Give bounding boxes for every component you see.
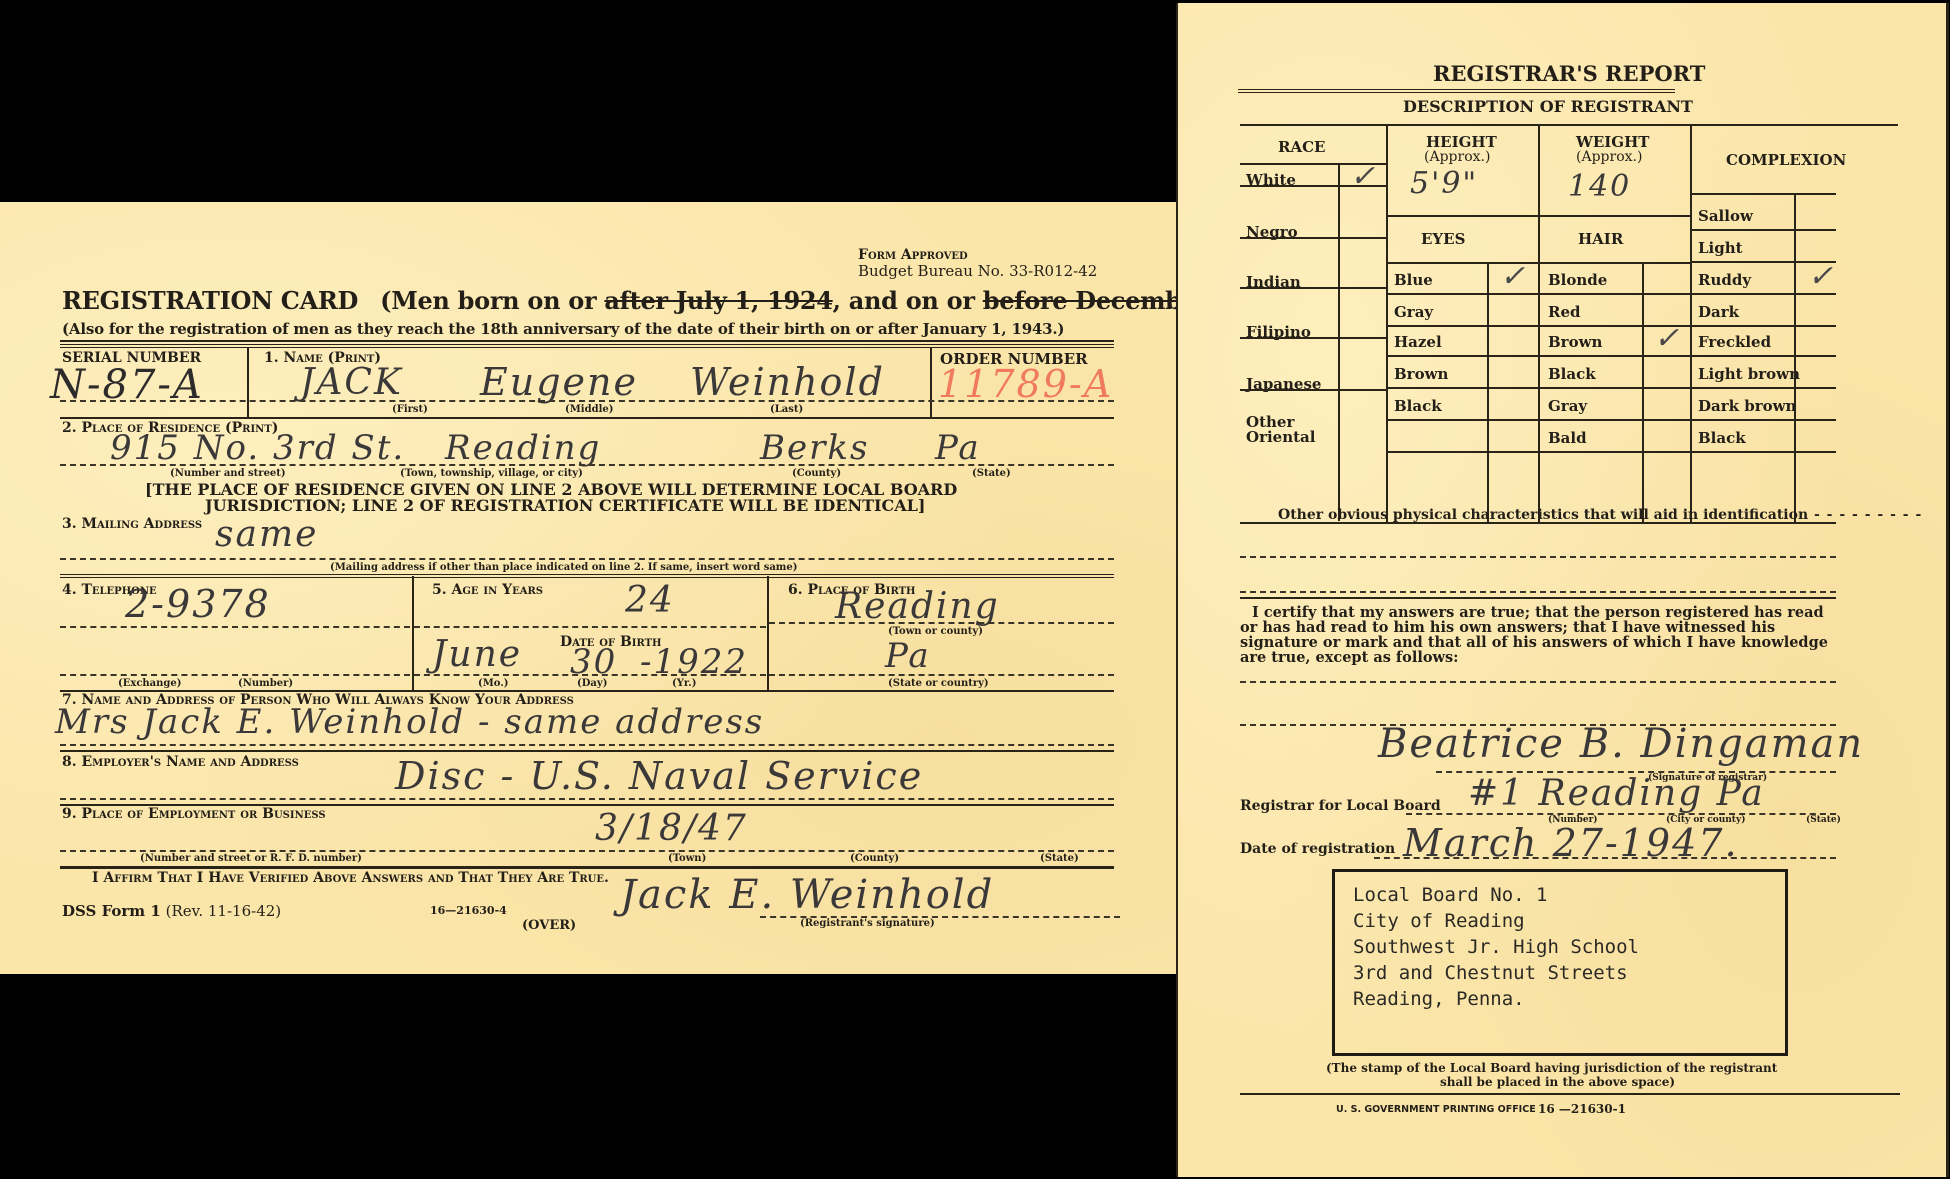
grid-row-rule [1692,387,1836,389]
stamp-line: City of Reading [1353,908,1767,934]
caption-number: (Number) [238,678,293,689]
printer-label: U. S. GOVERNMENT PRINTING OFFICE [1336,1104,1536,1115]
title-divider [1238,89,1675,95]
grid-row-rule [1388,293,1538,295]
contact-value: Mrs Jack E. Weinhold - same address [55,702,764,742]
hair-header: HAIR [1578,230,1623,248]
grid-row-rule [1692,355,1836,357]
divider [247,348,249,418]
residence-county-value: Berks [760,428,869,468]
over-label: (OVER) [522,918,576,933]
name-last-value: Weinhold [690,360,885,404]
registrars-report-back: REGISTRAR'S REPORT DESCRIPTION OF REGIST… [1176,3,1949,1177]
form-approved-label: Form Approved [858,247,968,263]
hair-option-label: Blonde [1548,271,1607,289]
dotted-line [60,674,410,676]
birthplace-state-value: Pa [885,636,931,676]
dotted-line [1240,681,1836,683]
height-approx: (Approx.) [1424,149,1490,165]
complexion-option-label: Light [1698,239,1743,257]
telephone-value: 2-9378 [125,582,271,626]
registrant-signature: Jack E. Weinhold [620,872,994,918]
birthplace-town-value: Reading [835,586,1000,627]
report-title: REGISTRAR'S REPORT [1433,61,1705,86]
row-divider [60,866,1114,869]
grid-row-rule [1388,419,1538,421]
dotted-line [1406,813,1836,815]
eyes-header: EYES [1421,230,1465,248]
age-label: 5. Age in Years [432,582,543,598]
height-weight-rule [1388,215,1690,217]
dotted-line [60,464,1114,466]
divider [412,576,414,690]
name-middle-value: Eugene [480,360,638,404]
grid-row-rule [1692,293,1836,295]
certification-text: I certify that my answers are true; that… [1240,605,1836,665]
subtitle-underline [60,340,1114,342]
residence-street-value: 915 No. 3rd St. [110,428,405,468]
employment-label: 9. Place of Employment or Business [62,806,326,822]
dotted-line [60,850,1114,852]
complexion-option-label: Freckled [1698,333,1771,351]
mailing-caption: (Mailing address if other than place ind… [330,562,798,573]
caption-first: (First) [392,404,428,415]
complexion-option-label: Ruddy [1698,271,1751,289]
caption-number-street: (Number and street) [170,468,286,479]
caption-day: (Day) [577,678,607,689]
caption-county: (County) [792,468,841,479]
caption-year: (Yr.) [672,678,696,689]
stamp-line: Reading, Penna. [1353,986,1767,1012]
weight-value: 140 [1568,169,1631,204]
grid-row-rule [1540,293,1690,295]
complexion-header: COMPLEXION [1726,151,1846,169]
eyes-option-label: Black [1394,397,1442,415]
complexion-header-rule [1690,193,1836,195]
eyes-hair-header-rule [1388,262,1690,264]
dob-year-value: -1922 [640,642,748,682]
title-strike-a: after July 1, 1924 [604,286,832,315]
mailing-address-label: 3. Mailing Address [62,516,202,532]
affirmation-text: I Affirm That I Have Verified Above Answ… [92,870,609,886]
grid-row-rule [1240,185,1386,187]
form-revision: (Rev. 11-16-42) [166,902,282,920]
registrar-signature: Beatrice B. Dingaman [1378,721,1864,767]
height-value: 5'9" [1410,166,1478,201]
eyes-option-label: Hazel [1394,333,1442,351]
grid-row-rule [1540,451,1690,453]
printer-code: 16 —21630-1 [1538,1102,1626,1116]
hair-option-label: Black [1548,365,1596,383]
stamp-line: Local Board No. 1 [1353,882,1767,908]
complexion-checkbox[interactable]: ✓ [1808,259,1833,294]
registration-card-front: Form Approved Budget Bureau No. 33-R012-… [0,202,1177,974]
budget-bureau-number: Budget Bureau No. 33-R012-42 [858,262,1097,280]
grid-row-rule [1240,237,1386,239]
grid-row-rule [1692,451,1836,453]
form-number: DSS Form 1 (Rev. 11-16-42) [62,902,281,920]
caption-town: (Town, township, village, or city) [400,468,583,479]
dotted-line [60,798,1114,800]
stamp-note-2: shall be placed in the above space) [1440,1075,1675,1089]
residence-town-value: Reading [445,428,601,468]
stamp-line: 3rd and Chestnut Streets [1353,960,1767,986]
employer-label: 8. Employer's Name and Address [62,754,299,770]
dotted-line [1240,556,1836,558]
title-paren-b: , and on or [833,286,983,315]
caption-exchange: (Exchange) [118,678,182,689]
other-characteristics-text: Other obvious physical characteristics t… [1278,507,1808,523]
dotted-line [1240,591,1836,593]
card-title: REGISTRATION CARD [62,286,358,315]
complexion-option-label: Sallow [1698,207,1753,225]
complexion-option-label: Dark brown [1698,397,1796,415]
stamp-line: Southwest Jr. High School [1353,934,1767,960]
grid-row-rule [1388,355,1538,357]
eyes-option-label: Gray [1394,303,1433,321]
complexion-option-label: Dark [1698,303,1739,321]
date-of-registration-label: Date of registration [1240,841,1395,857]
dotted-line [414,674,766,676]
dotted-line [1374,857,1836,859]
row-divider [60,750,1114,752]
divider [767,576,769,690]
race-check-divider [1338,163,1340,521]
other-characteristics-label: Other obvious physical characteristics t… [1278,507,1922,523]
hair-option-label: Gray [1548,397,1587,415]
dotted-line [60,400,1114,402]
grid-row-rule [1692,419,1836,421]
local-board-stamp: Local Board No. 1 City of Reading Southw… [1332,869,1788,1056]
grid-row-rule [1388,325,1538,327]
grid-row-rule [1540,355,1690,357]
race-checkbox[interactable]: ✓ [1350,159,1375,194]
grid-row-rule [1540,419,1690,421]
row-divider [60,417,1114,419]
race-header: RACE [1278,138,1325,156]
footer-rule [1240,1093,1900,1095]
title-paren-a: (Men born on or [380,286,604,315]
hair-checkbox[interactable]: ✓ [1654,321,1679,356]
eyes-checkbox[interactable]: ✓ [1500,259,1525,294]
name-first-value: JACK [300,362,403,403]
caption-state: (State) [972,468,1011,479]
eyes-option-label: Brown [1394,365,1448,383]
card-title-line: REGISTRATION CARD (Men born on or after … [62,286,1343,315]
dob-month-value: June [432,634,522,675]
residence-state-value: Pa [935,428,981,468]
dob-day-value: 30 [570,642,617,682]
dotted-line [60,558,1114,560]
caption-board-state: (State) [1806,815,1841,825]
dotted-line [414,626,766,628]
eyes-check-divider [1487,262,1489,523]
section-divider [1240,597,1836,599]
print-code: 16—21630-4 [430,904,507,917]
age-value: 24 [625,580,675,621]
dotted-line [769,674,1114,676]
grid-row-rule [1388,451,1538,453]
registrar-board-label: Registrar for Local Board [1240,798,1441,814]
grid-row-rule [1240,287,1386,289]
caption-state-country: (State or country) [888,678,989,689]
stamp-note-1: (The stamp of the Local Board having jur… [1326,1061,1777,1075]
complexion-option-label: Light brown [1698,365,1800,383]
employment-value: 3/18/47 [595,808,748,849]
complexion-option-label: Black [1698,429,1746,447]
jurisdiction-note-2: JURISDICTION; LINE 2 OF REGISTRATION CER… [205,496,925,515]
grid-top [1240,124,1898,126]
grid-row-rule [1692,229,1836,231]
grid-row-rule [1388,387,1538,389]
registrar-board-value: #1 Reading Pa [1468,773,1765,814]
caption-month: (Mo.) [478,678,509,689]
complexion-check-divider [1794,193,1796,523]
dotted-line [60,744,1114,746]
caption-state: (State) [1040,853,1079,864]
hair-option-label: Brown [1548,333,1602,351]
card-subtitle: (Also for the registration of men as the… [62,320,1064,338]
dotted-line [769,622,1114,624]
caption-middle: (Middle) [565,404,613,415]
employer-value: Disc - U.S. Naval Service [395,754,923,798]
caption-town: (Town) [668,853,706,864]
weight-approx: (Approx.) [1576,149,1642,165]
grid-row-rule [1240,337,1386,339]
grid-row-rule [1692,325,1836,327]
mailing-address-value: same [215,514,318,555]
eyes-option-label: Blue [1394,271,1433,289]
hair-option-label: Bald [1548,429,1587,447]
caption-county: (County) [850,853,899,864]
race-option-label: Other Oriental [1246,415,1316,445]
hair-check-divider [1642,262,1644,523]
form-number-bold: DSS Form 1 [62,902,161,920]
description-subtitle: DESCRIPTION OF REGISTRANT [1403,97,1693,116]
divider [930,348,932,418]
signature-caption: (Registrant's signature) [800,918,935,929]
caption-street-rfd: (Number and street or R. F. D. number) [140,853,362,864]
dotted-line [60,626,410,628]
grid-row-rule [1540,387,1690,389]
hair-option-label: Red [1548,303,1581,321]
row-divider [60,574,1114,580]
caption-last: (Last) [770,404,803,415]
grid-row-rule [1240,389,1386,391]
